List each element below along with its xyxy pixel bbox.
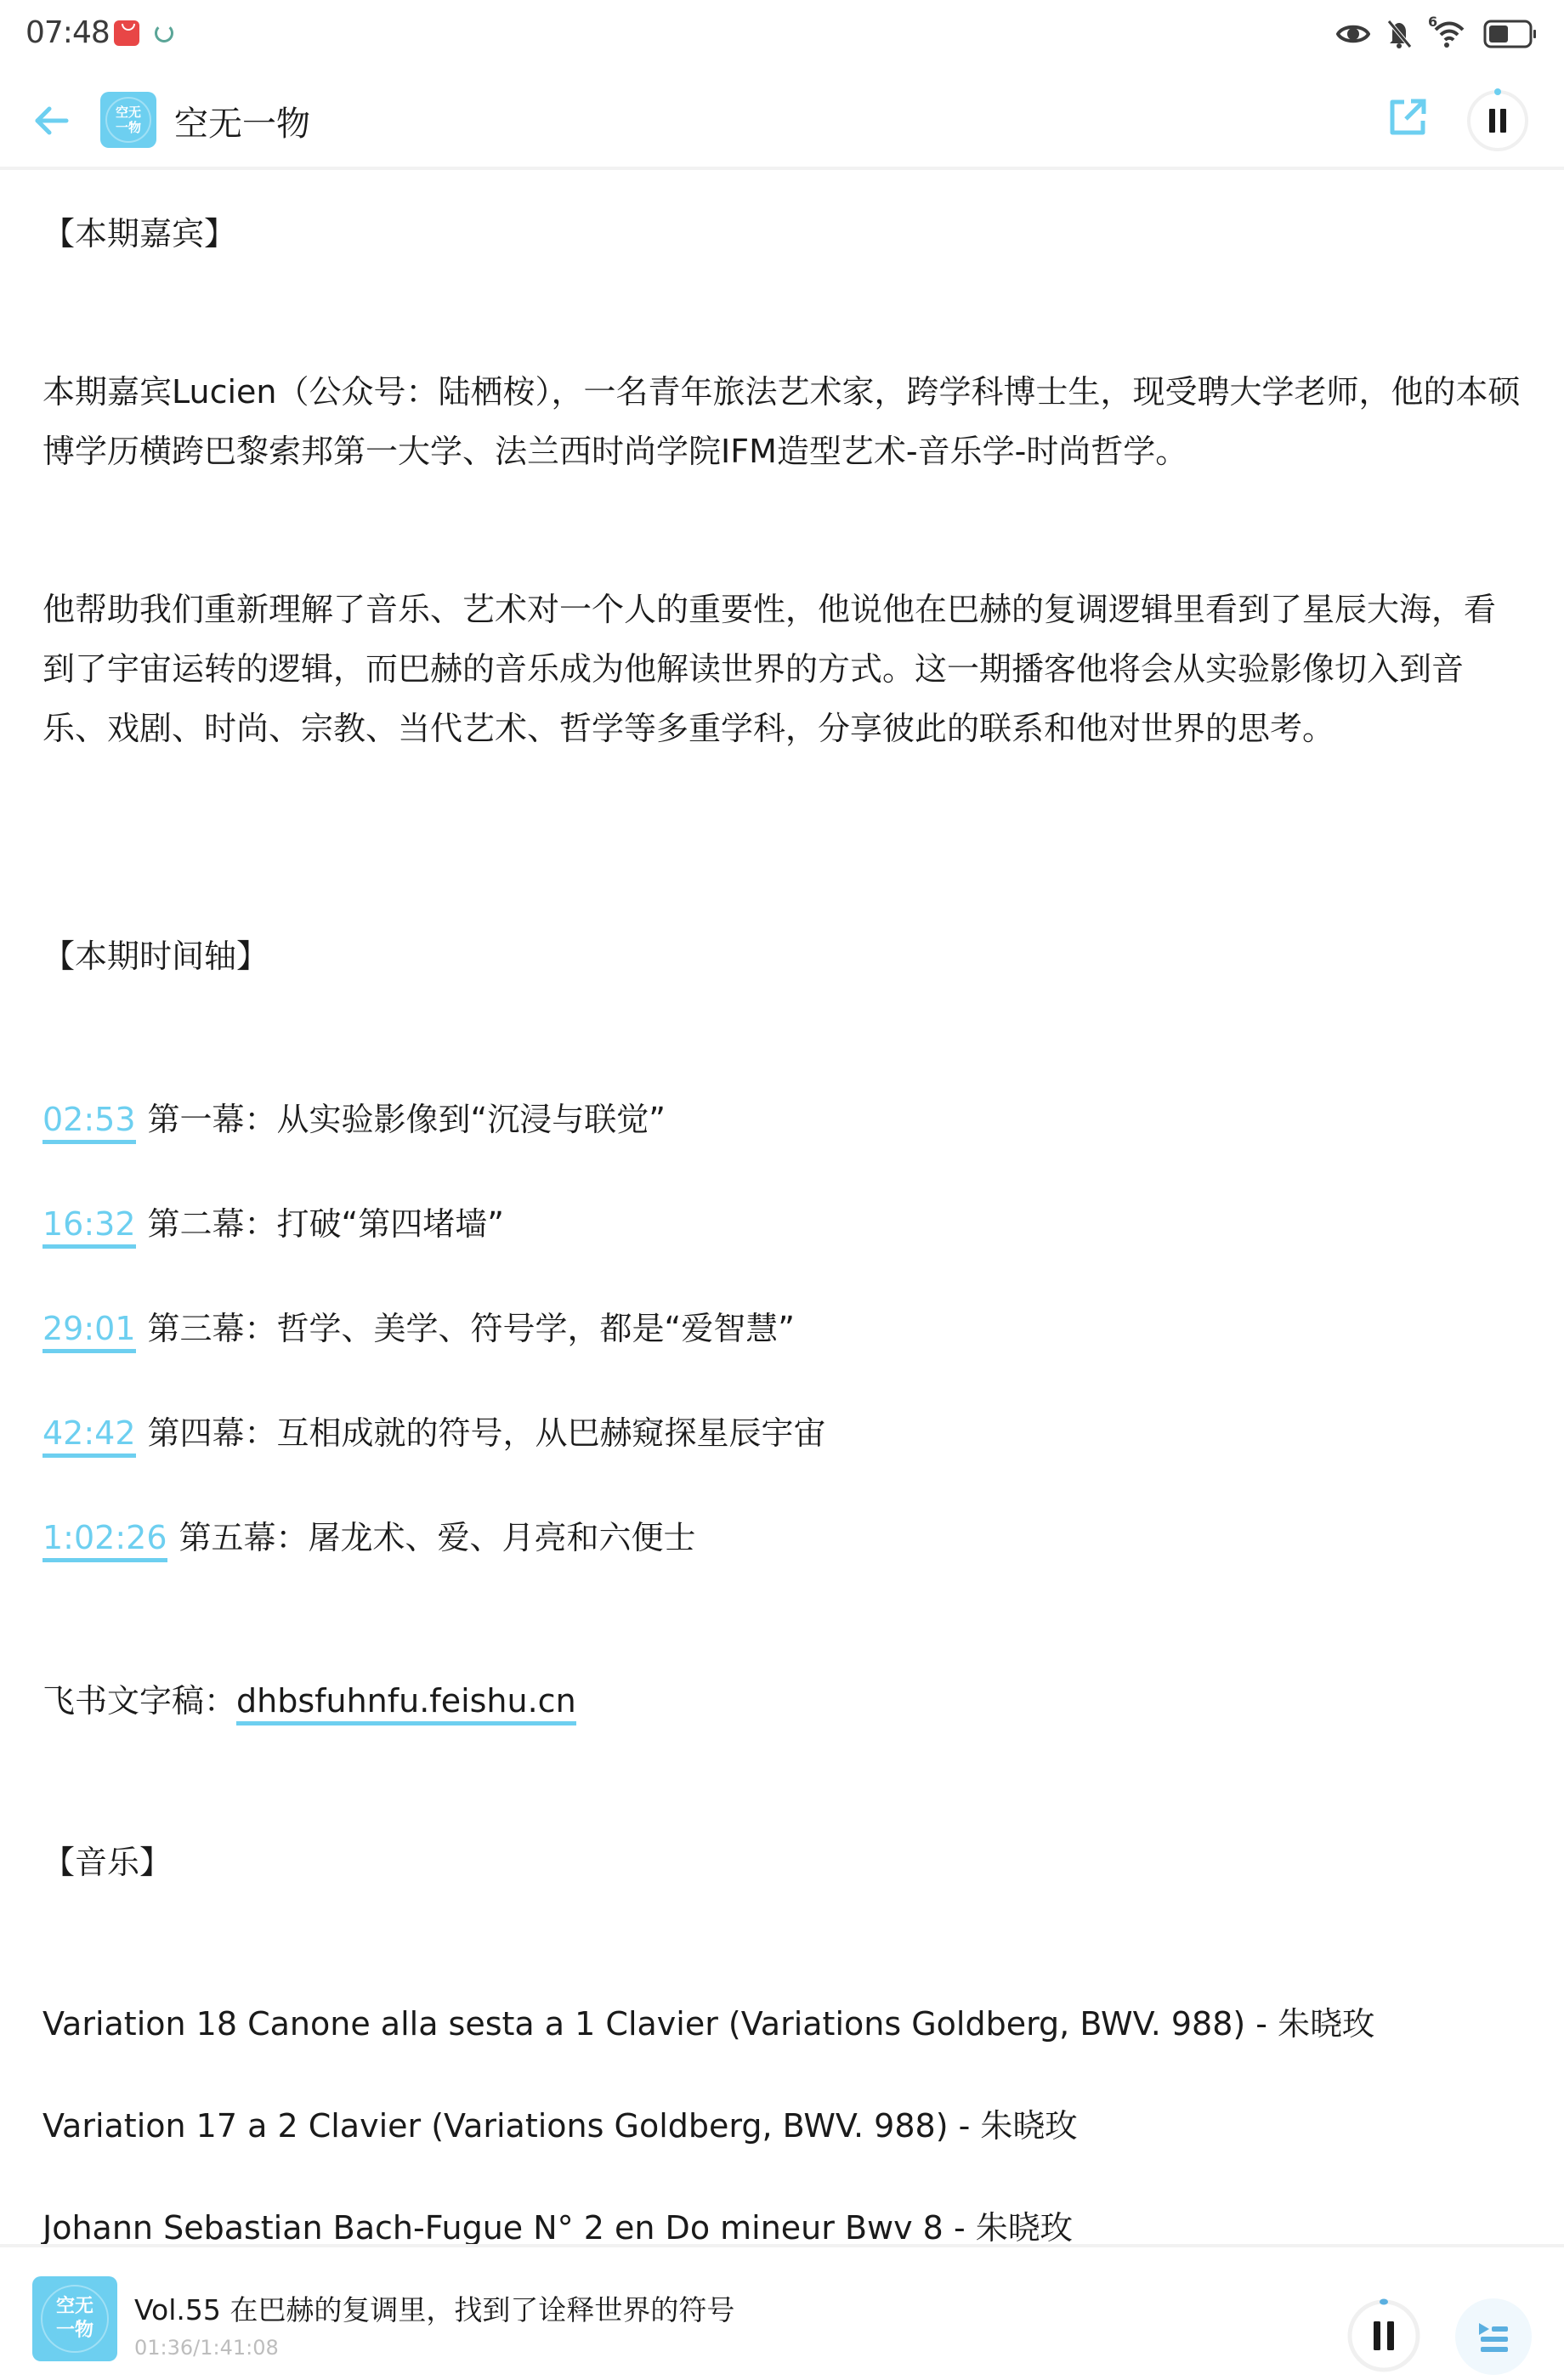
timestamp-link[interactable]: 16:32 xyxy=(42,1204,136,1249)
huawei-appgallery-icon xyxy=(114,20,139,46)
playback-progress: 01:36/1:41:08 xyxy=(134,2336,279,2360)
timeline-text: 第四幕：互相成就的符号，从巴赫窥探星辰宇宙 xyxy=(148,1414,826,1452)
mini-pause-button[interactable] xyxy=(1464,85,1532,153)
timeline-text: 第五幕：屠龙术、爱、月亮和六便士 xyxy=(179,1519,696,1556)
podcast-title[interactable]: 空无一物 xyxy=(174,97,310,145)
top-app-bar: 空无 一物 空无一物 xyxy=(0,68,1564,170)
timeline-item: 1:02:26第五幕：屠龙术、爱、月亮和六便士 xyxy=(42,1508,696,1567)
share-button[interactable] xyxy=(1382,92,1433,143)
logo-line1: 空无 xyxy=(116,105,141,120)
episode-description: 【本期嘉宾】 本期嘉宾Lucien（公众号：陆栖桉），一名青年旅法艺术家，跨学科… xyxy=(0,173,1564,2244)
guest-heading: 【本期嘉宾】 xyxy=(42,204,236,263)
cover-line2: 一物 xyxy=(56,2319,93,2343)
podcast-logo: 空无 一物 xyxy=(100,92,156,148)
episode-cover[interactable]: 空无 一物 xyxy=(32,2276,117,2361)
podcast-episode-screen: 07:48 6 空无 一物 xyxy=(0,0,1564,2380)
battery-icon xyxy=(1482,17,1538,51)
transcript-row: 飞书文字稿：dhbsfuhnfu.feishu.cn xyxy=(42,1671,576,1731)
guest-description-paragraph: 他帮助我们重新理解了音乐、艺术对一个人的重要性，他说他在巴赫的复调逻辑里看到了星… xyxy=(42,580,1521,758)
guest-intro-paragraph: 本期嘉宾Lucien（公众号：陆栖桉），一名青年旅法艺术家，跨学科博士生，现受聘… xyxy=(42,362,1521,481)
timeline-text: 第一幕：从实验影像到“沉浸与联觉” xyxy=(148,1101,666,1138)
wifi-badge: 6 xyxy=(1428,14,1437,30)
timeline-item: 42:42第四幕：互相成就的符号，从巴赫窥探星辰宇宙 xyxy=(42,1403,826,1463)
timeline-item: 29:01第三幕：哲学、美学、符号学，都是“爱智慧” xyxy=(42,1299,795,1358)
playlist-icon xyxy=(1476,2320,1510,2354)
timeline-item: 16:32第二幕：打破“第四堵墙” xyxy=(42,1194,504,1254)
music-heading: 【音乐】 xyxy=(42,1833,172,1892)
status-time: 07:48 xyxy=(25,15,110,50)
bell-muted-icon xyxy=(1382,17,1416,51)
timeline-text: 第二幕：打破“第四堵墙” xyxy=(148,1205,504,1243)
timeline-item: 02:53第一幕：从实验影像到“沉浸与联觉” xyxy=(42,1090,666,1149)
music-track: Variation 17 a 2 Clavier (Variations Gol… xyxy=(42,2096,1077,2156)
cover-line1: 空无 xyxy=(56,2295,93,2319)
transcript-link[interactable]: dhbsfuhnfu.feishu.cn xyxy=(236,1680,576,1725)
eye-comfort-icon xyxy=(1336,17,1370,51)
timestamp-link[interactable]: 29:01 xyxy=(42,1308,136,1353)
timeline-text: 第三幕：哲学、美学、符号学，都是“爱智慧” xyxy=(148,1310,795,1347)
pause-button[interactable] xyxy=(1345,2295,1423,2373)
music-track: Variation 18 Canone alla sesta a 1 Clavi… xyxy=(42,1994,1374,2054)
mini-player[interactable]: 空无 一物 Vol.55 在巴赫的复调里，找到了诠释世界的符号 01:36/1:… xyxy=(0,2244,1564,2380)
status-icons: 6 xyxy=(1336,17,1538,51)
logo-line2: 一物 xyxy=(116,120,141,135)
arrow-left-icon xyxy=(32,105,70,136)
wifi-6-icon: 6 xyxy=(1428,17,1470,51)
timestamp-link[interactable]: 42:42 xyxy=(42,1413,136,1458)
sync-icon xyxy=(155,24,173,42)
playlist-button[interactable] xyxy=(1455,2298,1532,2375)
timestamp-link[interactable]: 1:02:26 xyxy=(42,1517,167,1562)
music-track: Johann Sebastian Bach-Fugue N° 2 en Do m… xyxy=(42,2198,1073,2244)
share-external-icon xyxy=(1387,97,1428,138)
timestamp-link[interactable]: 02:53 xyxy=(42,1099,136,1144)
status-bar: 07:48 6 xyxy=(0,0,1564,68)
pause-icon xyxy=(1345,2295,1423,2373)
pause-icon xyxy=(1464,85,1532,153)
transcript-label: 飞书文字稿： xyxy=(42,1682,236,1720)
episode-title[interactable]: Vol.55 在巴赫的复调里，找到了诠释世界的符号 xyxy=(134,2288,734,2328)
timeline-heading: 【本期时间轴】 xyxy=(42,926,269,986)
back-button[interactable] xyxy=(24,93,78,148)
